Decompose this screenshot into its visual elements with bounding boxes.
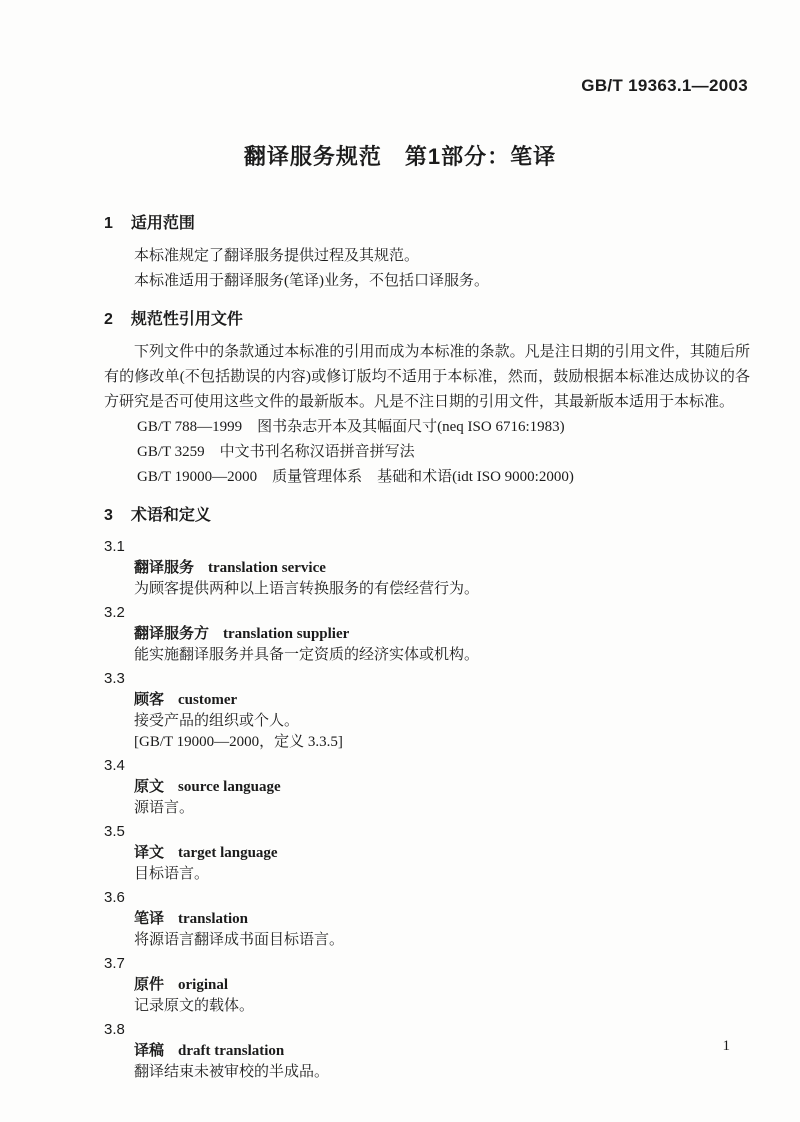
term-definition: 接受产品的组织或个人。 [104, 711, 750, 732]
term-heading: 译文target language [104, 842, 750, 864]
document-body: 1适用范围 本标准规定了翻译服务提供过程及其规范。 本标准适用于翻译服务(笔译)… [0, 214, 800, 1083]
term-heading: 翻译服务方translation supplier [104, 623, 750, 645]
term-number: 3.4 [104, 755, 750, 776]
term-definition: 能实施翻译服务并具备一定资质的经济实体或机构。 [104, 645, 750, 666]
term-entry: 3.5 译文target language 目标语言。 [104, 821, 750, 885]
term-en: translation [178, 911, 248, 927]
term-heading: 原文source language [104, 776, 750, 798]
term-en: source language [178, 779, 281, 795]
term-heading: 顾客customer [104, 689, 750, 711]
term-entry: 3.1 翻译服务translation service 为顾客提供两种以上语言转… [104, 536, 750, 600]
references-intro: 下列文件中的条款通过本标准的引用而成为本标准的条款。凡是注日期的引用文件，其随后… [104, 340, 750, 415]
term-definition: 记录原文的载体。 [104, 996, 750, 1017]
term-zh: 原件 [134, 976, 164, 993]
term-number: 3.6 [104, 887, 750, 908]
term-zh: 翻译服务方 [134, 625, 209, 642]
term-en: translation supplier [223, 626, 349, 642]
section-number: 2 [104, 311, 113, 328]
document-title: 翻译服务规范 第1部分：笔译 [0, 142, 800, 172]
section-title: 术语和定义 [131, 507, 211, 524]
reference-item: GB/T 788—1999 图书杂志开本及其幅面尺寸(neq ISO 6716:… [104, 415, 750, 440]
term-entry: 3.2 翻译服务方translation supplier 能实施翻译服务并具备… [104, 602, 750, 666]
term-number: 3.2 [104, 602, 750, 623]
term-en: translation service [208, 560, 326, 576]
section-scope: 1适用范围 本标准规定了翻译服务提供过程及其规范。 本标准适用于翻译服务(笔译)… [104, 214, 750, 294]
term-zh: 笔译 [134, 910, 164, 927]
standard-code: GB/T 19363.1—2003 [0, 0, 800, 96]
term-number: 3.1 [104, 536, 750, 557]
term-entry: 3.6 笔译translation 将源语言翻译成书面目标语言。 [104, 887, 750, 951]
term-heading: 原件original [104, 974, 750, 996]
term-zh: 原文 [134, 778, 164, 795]
scope-paragraph: 本标准适用于翻译服务(笔译)业务，不包括口译服务。 [104, 269, 750, 294]
section-title: 适用范围 [131, 215, 195, 232]
scope-paragraph: 本标准规定了翻译服务提供过程及其规范。 [104, 244, 750, 269]
section-heading: 2规范性引用文件 [104, 310, 750, 330]
term-definition: 目标语言。 [104, 864, 750, 885]
reference-list: GB/T 788—1999 图书杂志开本及其幅面尺寸(neq ISO 6716:… [104, 415, 750, 490]
section-normative-references: 2规范性引用文件 下列文件中的条款通过本标准的引用而成为本标准的条款。凡是注日期… [104, 310, 750, 490]
section-heading: 1适用范围 [104, 214, 750, 234]
term-definition: 为顾客提供两种以上语言转换服务的有偿经营行为。 [104, 579, 750, 600]
term-heading: 笔译translation [104, 908, 750, 930]
term-zh: 翻译服务 [134, 559, 194, 576]
term-en: original [178, 977, 228, 993]
term-entry: 3.3 顾客customer 接受产品的组织或个人。 [GB/T 19000—2… [104, 668, 750, 753]
term-number: 3.3 [104, 668, 750, 689]
term-zh: 译稿 [134, 1042, 164, 1059]
term-definition: 将源语言翻译成书面目标语言。 [104, 930, 750, 951]
section-terms-definitions: 3术语和定义 3.1 翻译服务translation service 为顾客提供… [104, 506, 750, 1083]
term-en: draft translation [178, 1043, 284, 1059]
term-entry: 3.7 原件original 记录原文的载体。 [104, 953, 750, 1017]
document-page: GB/T 19363.1—2003 翻译服务规范 第1部分：笔译 1适用范围 本… [0, 0, 800, 1122]
term-number: 3.7 [104, 953, 750, 974]
reference-item: GB/T 19000—2000 质量管理体系 基础和术语(idt ISO 900… [104, 465, 750, 490]
term-zh: 译文 [134, 844, 164, 861]
term-en: target language [178, 845, 278, 861]
section-number: 3 [104, 507, 113, 524]
term-definition: 源语言。 [104, 798, 750, 819]
section-title: 规范性引用文件 [131, 311, 243, 328]
term-zh: 顾客 [134, 691, 164, 708]
section-number: 1 [104, 215, 113, 232]
term-definition: 翻译结束未被审校的半成品。 [104, 1062, 750, 1083]
term-entry: 3.4 原文source language 源语言。 [104, 755, 750, 819]
reference-item: GB/T 3259 中文书刊名称汉语拼音拼写法 [104, 440, 750, 465]
term-entry: 3.8 译稿draft translation 翻译结束未被审校的半成品。 [104, 1019, 750, 1083]
page-number: 1 [723, 1038, 731, 1055]
term-number: 3.8 [104, 1019, 750, 1040]
term-en: customer [178, 692, 237, 708]
term-source: [GB/T 19000—2000，定义 3.3.5] [104, 732, 750, 753]
term-heading: 译稿draft translation [104, 1040, 750, 1062]
term-number: 3.5 [104, 821, 750, 842]
terms-list: 3.1 翻译服务translation service 为顾客提供两种以上语言转… [104, 536, 750, 1083]
term-heading: 翻译服务translation service [104, 557, 750, 579]
section-heading: 3术语和定义 [104, 506, 750, 526]
